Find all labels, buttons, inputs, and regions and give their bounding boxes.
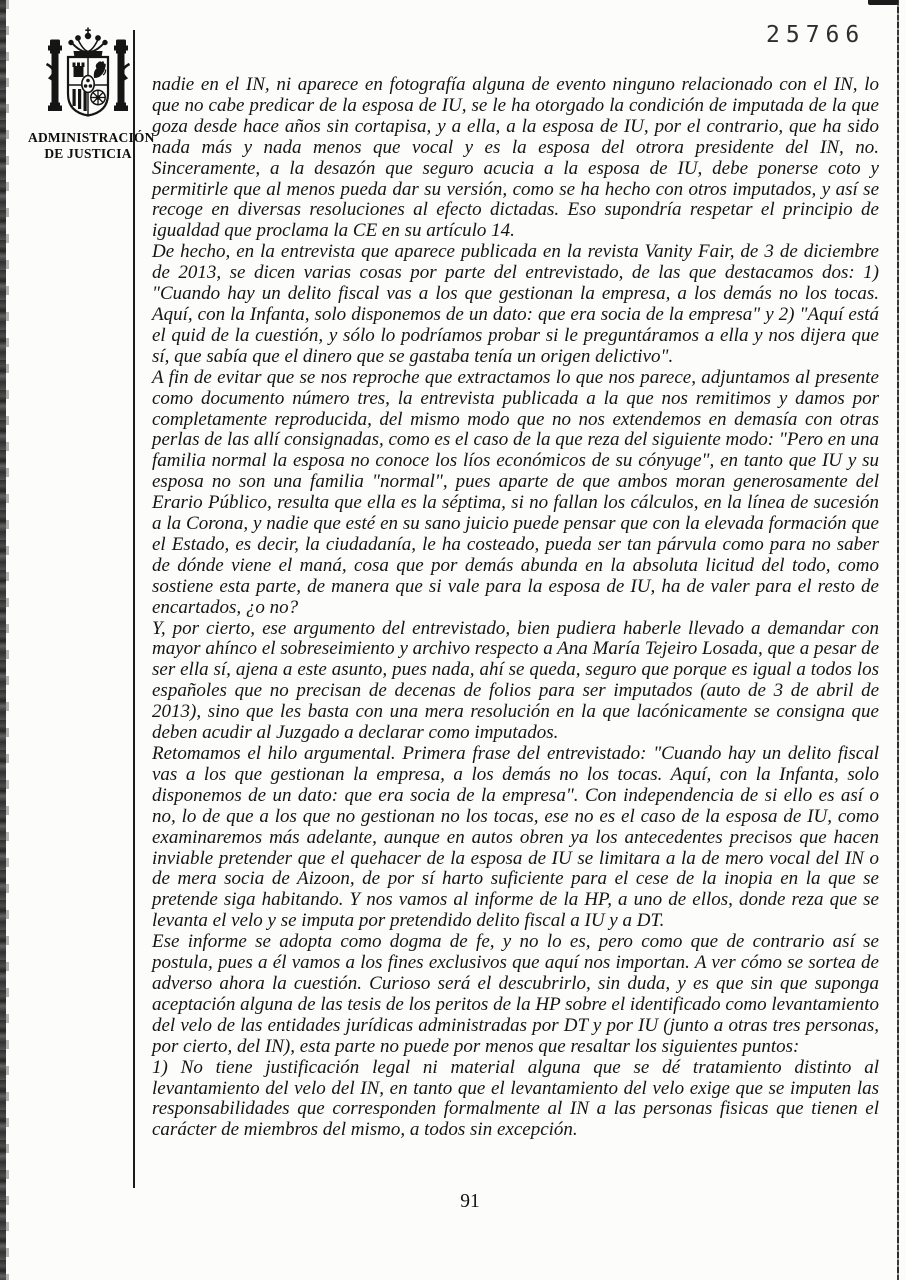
paragraph-3: A fin de evitar que se nos reproche que … [152,368,879,619]
org-name: ADMINISTRACIÓN DE JUSTICIA [28,130,148,161]
letterhead: ADMINISTRACIÓN DE JUSTICIA [28,26,148,161]
scanned-page: 25766 [0,0,906,1280]
paragraph-2: De hecho, en la entrevista que aparece p… [152,242,879,367]
coat-of-arms-icon [40,26,136,126]
paragraph-6: Ese informe se adopta como dogma de fe, … [152,932,879,1057]
scan-edge-left-fade [6,0,9,1280]
paragraph-7: 1) No tiene justificación legal ni mater… [152,1058,879,1142]
margin-rule [133,30,135,1188]
paragraph-1: nadie en el IN, ni aparece en fotografía… [152,75,879,242]
document-body: nadie en el IN, ni aparece en fotografía… [152,75,879,1141]
scan-edge-right [897,0,899,1280]
org-line1: ADMINISTRACIÓN [28,130,148,146]
paragraph-4: Y, por cierto, ese argumento del entrevi… [152,619,879,744]
scan-corner-mark [868,0,898,5]
page-number: 91 [430,1191,510,1213]
paragraph-5: Retomamos el hilo argumental. Primera fr… [152,744,879,932]
org-line2: DE JUSTICIA [28,146,148,162]
folio-number: 25766 [766,22,865,48]
